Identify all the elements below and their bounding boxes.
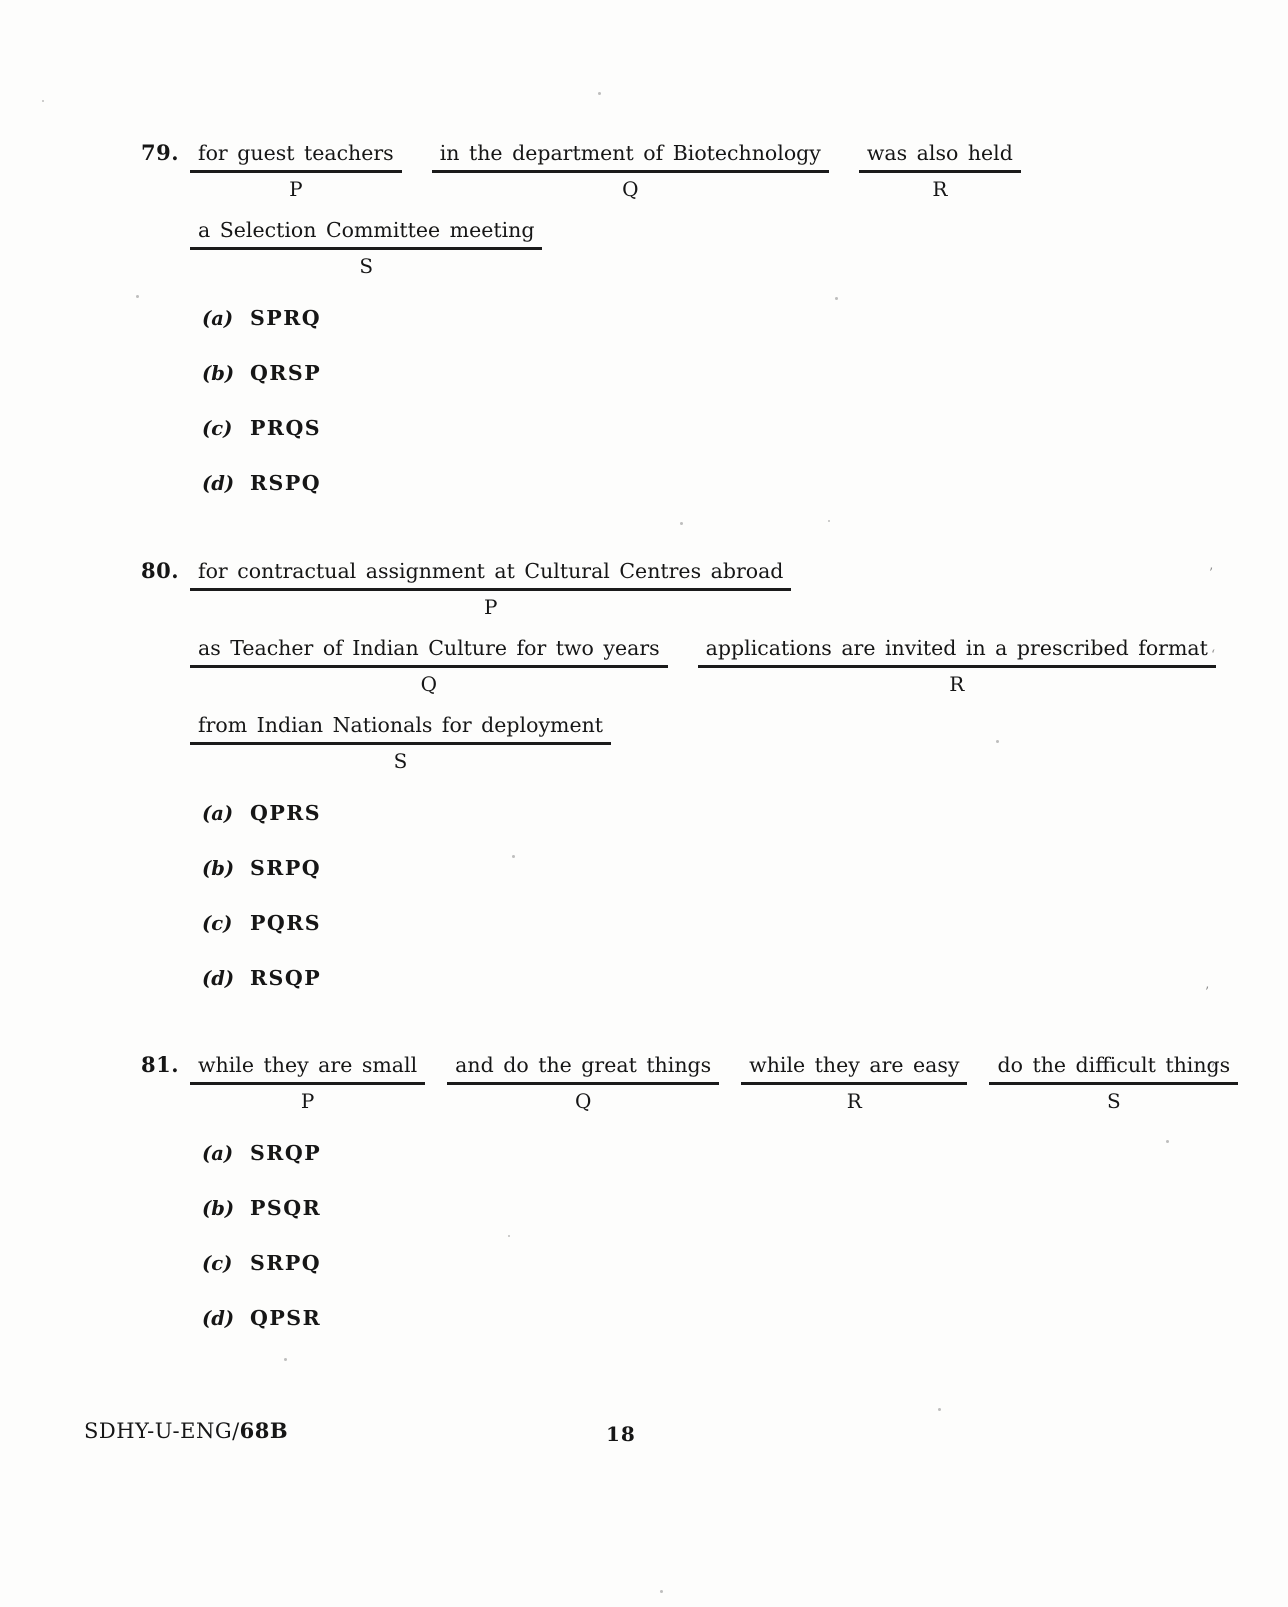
option-row: (d) QPSR	[202, 1306, 1180, 1332]
question-79: 79. for guest teachers P in the departme…	[0, 140, 1180, 526]
sentence-line: for contractual assignment at Cultural C…	[190, 558, 1180, 619]
sentence-line: for guest teachers P in the department o…	[190, 140, 1180, 201]
option-key: (c)	[202, 1252, 250, 1275]
option-value: PSQR	[250, 1196, 321, 1220]
option-value: RSPQ	[250, 471, 321, 495]
booklet-code-suffix: 68B	[240, 1418, 288, 1443]
segment-text: while they are small	[190, 1052, 425, 1085]
scan-speck	[996, 740, 999, 743]
option-value: SRQP	[250, 1141, 321, 1165]
scan-speck: ’	[1209, 566, 1213, 581]
segment-label: Q	[190, 672, 668, 696]
option-key: (c)	[202, 912, 250, 935]
scan-speck	[1166, 1140, 1169, 1143]
segment-label: Q	[432, 177, 829, 201]
segment-text: a Selection Committee meeting	[190, 217, 542, 250]
question-number: 79.	[141, 140, 179, 165]
segment-label: S	[989, 1089, 1238, 1113]
option-value: SPRQ	[250, 306, 321, 330]
question-segment: for contractual assignment at Cultural C…	[190, 558, 791, 619]
option-row: (c) PQRS	[202, 911, 1180, 937]
segment-label: R	[741, 1089, 967, 1113]
option-row: (a) SRQP	[202, 1141, 1180, 1167]
sentence-line: while they are small P and do the great …	[190, 1052, 1180, 1113]
question-segment: and do the great things Q	[447, 1052, 719, 1113]
option-key: (b)	[202, 362, 250, 385]
scan-speck	[284, 1358, 287, 1361]
question-number: 81.	[141, 1052, 179, 1077]
sentence-line: from Indian Nationals for deployment S	[190, 712, 1180, 773]
scan-speck	[508, 1235, 510, 1237]
booklet-code-prefix: SDHY-U-ENG/	[84, 1419, 240, 1443]
question-segment: from Indian Nationals for deployment S	[190, 712, 611, 773]
question-segment: do the difficult things S	[989, 1052, 1238, 1113]
option-key: (d)	[202, 1307, 250, 1330]
scan-speck	[136, 295, 139, 298]
options-list: (a) QPRS (b) SRPQ (c) PQRS (d) RSQP	[202, 801, 1180, 992]
option-key: (d)	[202, 472, 250, 495]
question-segment: for guest teachers P	[190, 140, 402, 201]
question-81: 81. while they are small P and do the gr…	[0, 1052, 1180, 1361]
booklet-code: SDHY-U-ENG/68B	[84, 1418, 288, 1443]
option-row: (a) SPRQ	[202, 306, 1180, 332]
segment-label: P	[190, 595, 791, 619]
option-key: (a)	[202, 802, 250, 825]
scan-speck: ’	[1211, 1062, 1215, 1077]
segment-text: while they are easy	[741, 1052, 967, 1085]
scan-speck	[512, 855, 515, 858]
option-value: QRSP	[250, 361, 321, 385]
question-number: 80.	[141, 558, 179, 583]
option-row: (a) QPRS	[202, 801, 1180, 827]
page-number: 18	[606, 1422, 636, 1446]
question-segment: while they are small P	[190, 1052, 425, 1113]
scan-speck	[828, 520, 830, 522]
option-key: (a)	[202, 1142, 250, 1165]
option-row: (b) QRSP	[202, 361, 1180, 387]
options-list: (a) SRQP (b) PSQR (c) SRPQ (d) QPSR	[202, 1141, 1180, 1332]
segment-text: and do the great things	[447, 1052, 719, 1085]
scan-speck: ’	[1205, 985, 1209, 1000]
option-value: QPRS	[250, 801, 321, 825]
question-segment: as Teacher of Indian Culture for two yea…	[190, 635, 668, 696]
question-segment: while they are easy R	[741, 1052, 967, 1113]
segment-text: for guest teachers	[190, 140, 402, 173]
segment-text: as Teacher of Indian Culture for two yea…	[190, 635, 668, 668]
scan-speck	[42, 100, 44, 102]
scan-speck	[680, 522, 683, 525]
segment-label: R	[698, 672, 1216, 696]
segment-label: S	[190, 254, 542, 278]
question-segment: a Selection Committee meeting S	[190, 217, 542, 278]
exam-paper-page: 79. for guest teachers P in the departme…	[0, 0, 1288, 1607]
option-row: (c) SRPQ	[202, 1251, 1180, 1277]
option-row: (d) RSQP	[202, 966, 1180, 992]
question-segment: applications are invited in a prescribed…	[698, 635, 1216, 696]
question-80: 80. for contractual assignment at Cultur…	[0, 558, 1180, 1021]
scan-speck	[938, 1408, 941, 1411]
option-key: (c)	[202, 417, 250, 440]
segment-text: for contractual assignment at Cultural C…	[190, 558, 791, 591]
segment-text: applications are invited in a prescribed…	[698, 635, 1216, 668]
options-list: (a) SPRQ (b) QRSP (c) PRQS (d) RSPQ	[202, 306, 1180, 497]
segment-text: from Indian Nationals for deployment	[190, 712, 611, 745]
option-key: (b)	[202, 857, 250, 880]
option-row: (b) SRPQ	[202, 856, 1180, 882]
scan-speck	[598, 92, 601, 95]
option-value: SRPQ	[250, 856, 321, 880]
sentence-line: as Teacher of Indian Culture for two yea…	[190, 635, 1180, 696]
segment-label: P	[190, 177, 402, 201]
question-segment: in the department of Biotechnology Q	[432, 140, 829, 201]
option-value: PQRS	[250, 911, 321, 935]
sentence-line: a Selection Committee meeting S	[190, 217, 1180, 278]
option-key: (b)	[202, 1197, 250, 1220]
option-value: PRQS	[250, 416, 321, 440]
segment-label: R	[859, 177, 1021, 201]
option-row: (d) RSPQ	[202, 471, 1180, 497]
option-value: RSQP	[250, 966, 321, 990]
option-value: QPSR	[250, 1306, 321, 1330]
question-segment: was also held R	[859, 140, 1021, 201]
segment-label: S	[190, 749, 611, 773]
scan-speck	[660, 1590, 663, 1593]
segment-text: do the difficult things	[989, 1052, 1238, 1085]
option-key: (d)	[202, 967, 250, 990]
segment-text: was also held	[859, 140, 1021, 173]
option-row: (c) PRQS	[202, 416, 1180, 442]
option-row: (b) PSQR	[202, 1196, 1180, 1222]
scan-speck: ‘	[1211, 648, 1215, 663]
segment-label: P	[190, 1089, 425, 1113]
option-key: (a)	[202, 307, 250, 330]
option-value: SRPQ	[250, 1251, 321, 1275]
scan-speck	[835, 297, 838, 300]
segment-label: Q	[447, 1089, 719, 1113]
segment-text: in the department of Biotechnology	[432, 140, 829, 173]
